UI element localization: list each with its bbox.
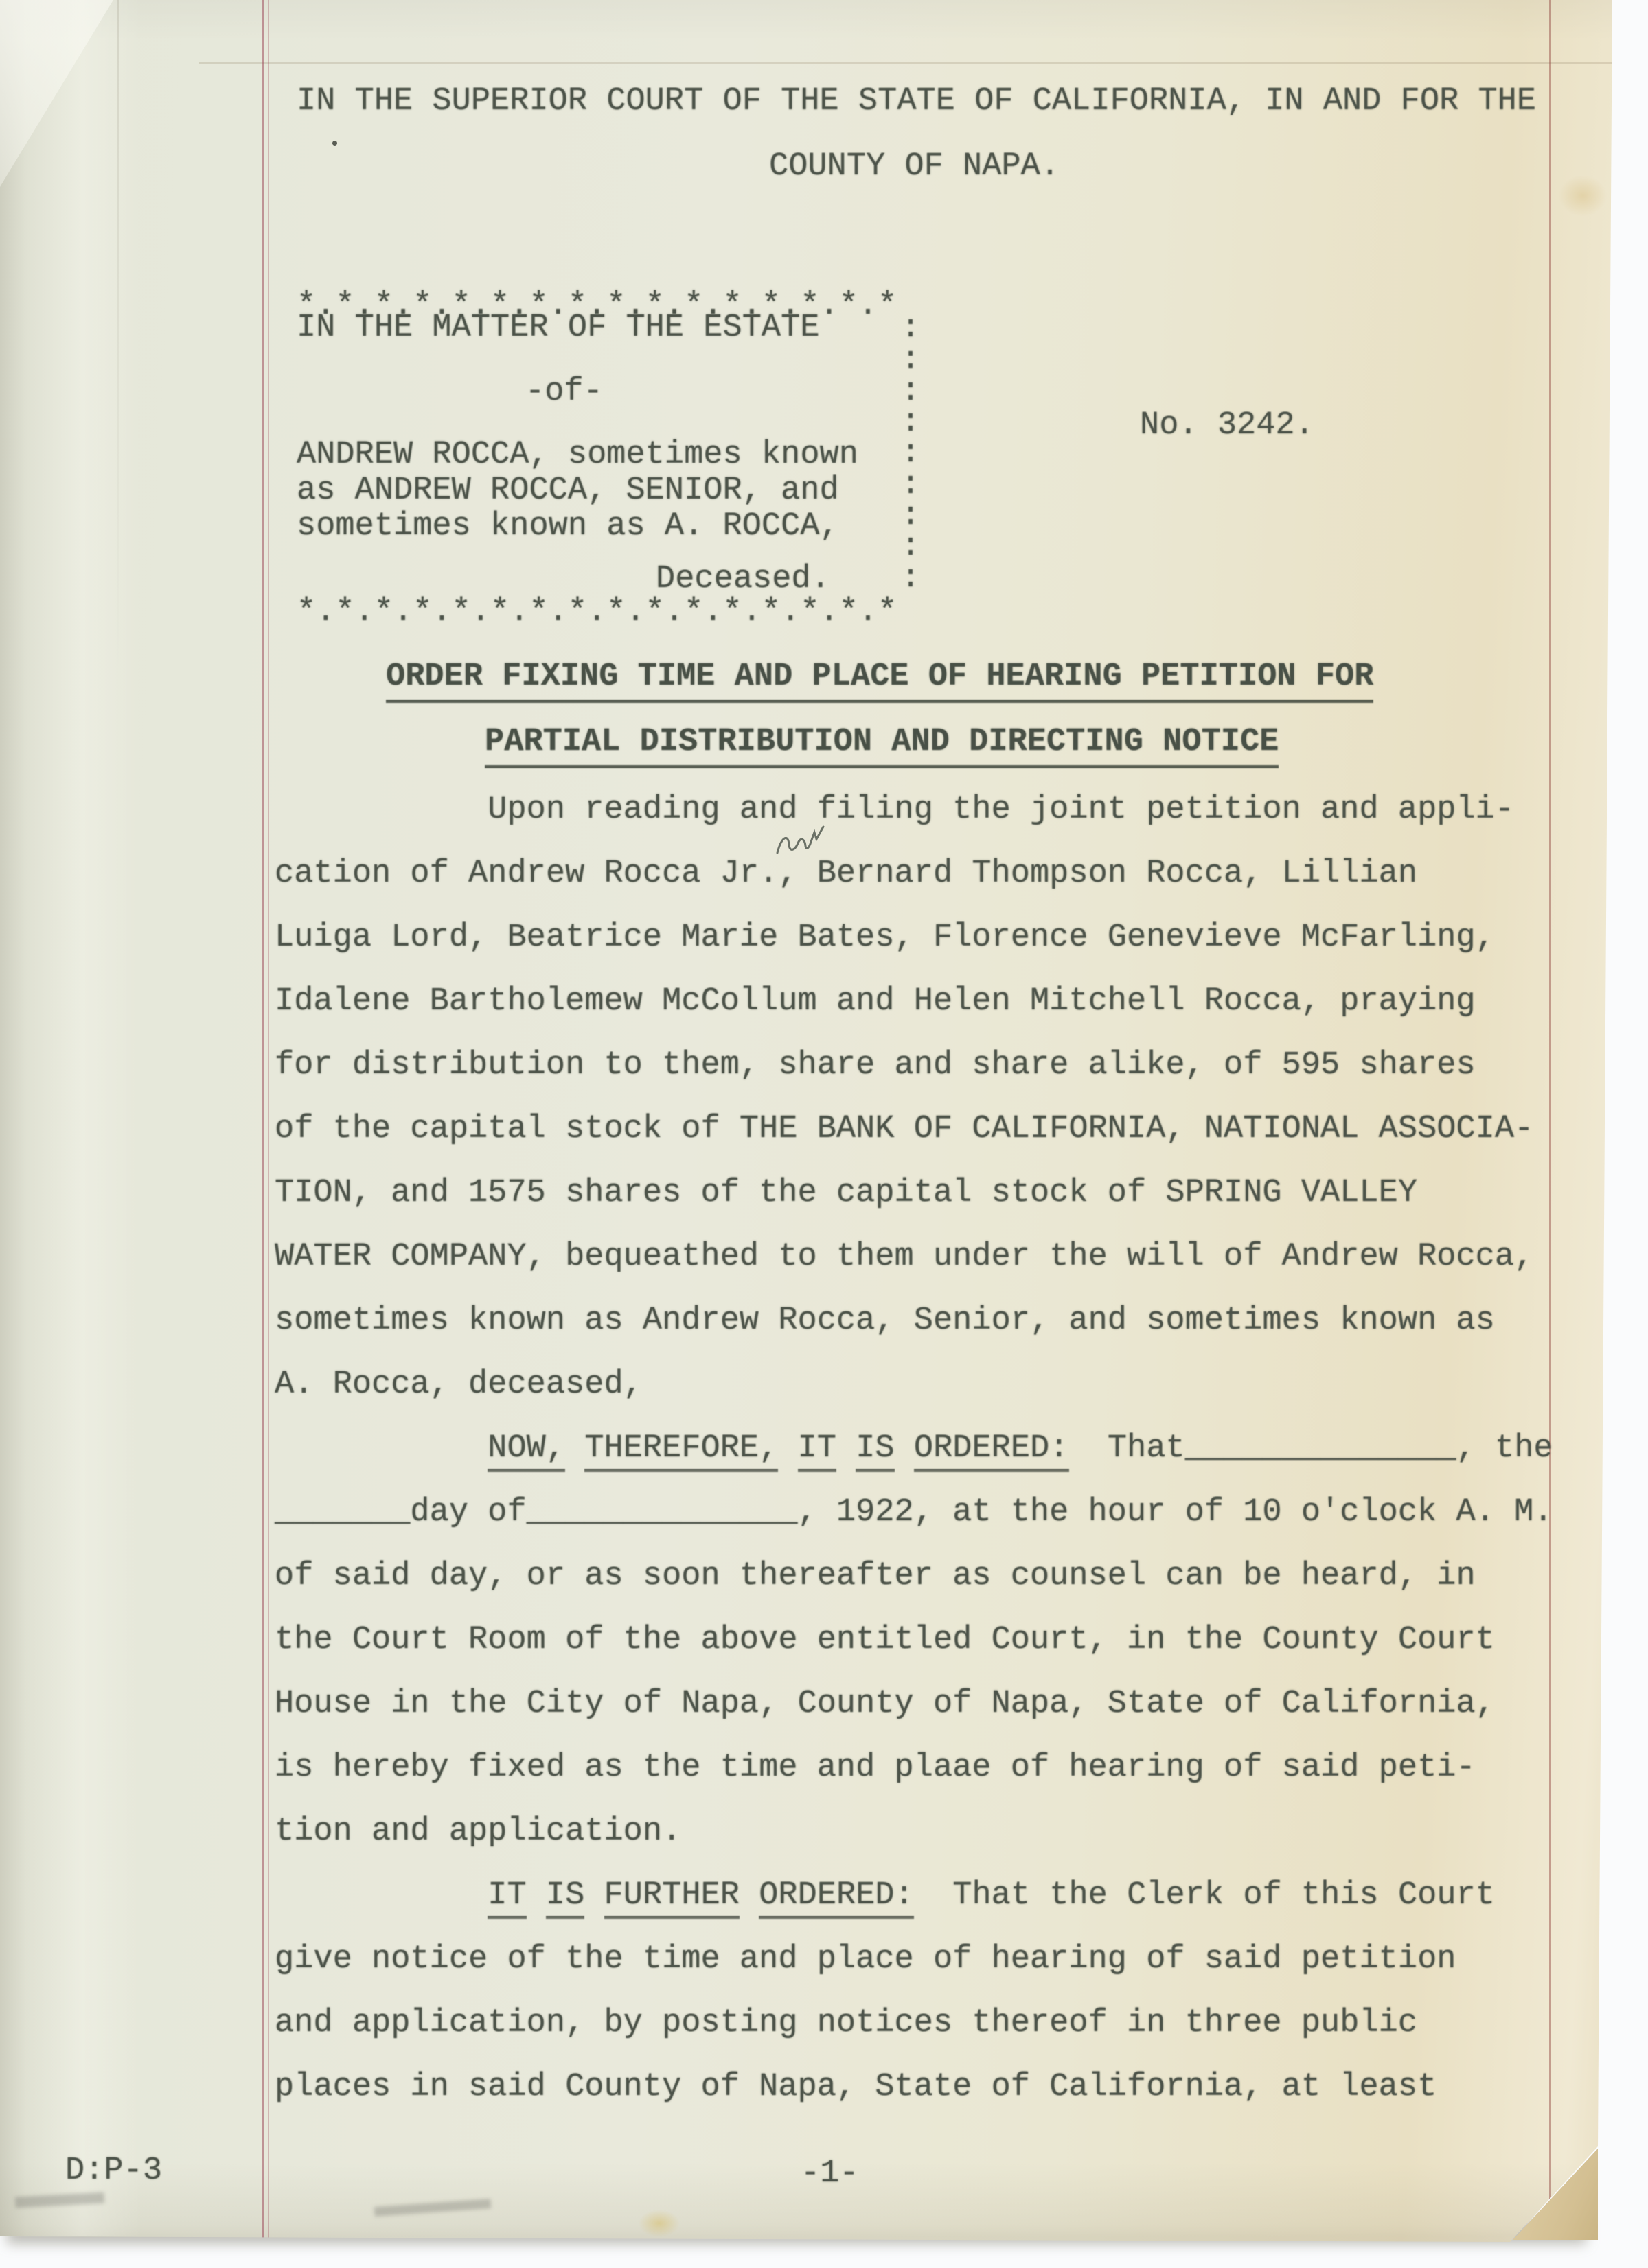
handwritten-annotation-mark [773,823,836,862]
court-header-line1: IN THE SUPERIOR COURT OF THE STATE OF CA… [297,82,1536,121]
footer-page-number: -1- [801,2155,859,2193]
caption-of-line: -of- [525,373,603,411]
document-line: of said day, or as soon thereafter as co… [275,1557,1476,1596]
caption-matter-line: IN THE MATTER OF THE ESTATE [297,309,820,347]
document-line: sometimes known as Andrew Rocca, Senior,… [275,1302,1495,1340]
document-line: give notice of the time and place of hea… [275,1940,1456,1979]
document-line: WATER COMPANY, bequeathed to them under … [275,1238,1533,1276]
document-line: the Court Room of the above entitled Cou… [275,1621,1495,1660]
document-line: _______day of______________, 1922, at th… [275,1493,1553,1532]
horizontal-crease [199,62,1612,64]
left-margin-rule [262,0,264,2242]
right-margin-rule [1549,0,1551,2242]
document-line: TION, and 1575 shares of the capital sto… [275,1174,1417,1213]
caption-border-bottom: *.*.*.*.*.*.*.*.*.*.*.*.*.*.*.* [297,593,897,632]
document-page: IN THE SUPERIOR COURT OF THE STATE OF CA… [0,0,1648,2268]
order-title-line2: PARTIAL DISTRIBUTION AND DIRECTING NOTIC… [485,723,1279,761]
paper-stain [639,2210,680,2237]
document-line: tion and application. [275,1813,681,1851]
order-title-line1-text: ORDER FIXING TIME AND PLACE OF HEARING P… [386,658,1373,703]
vertical-crease [117,0,119,673]
case-number: No. 3242. [1140,406,1314,445]
order-title-line1: ORDER FIXING TIME AND PLACE OF HEARING P… [386,658,1373,696]
document-line-further-ordering-clause: IT IS FURTHER ORDERED: That the Clerk of… [275,1877,1495,1915]
ink-speck [332,141,337,146]
left-margin-rule-inner [268,0,269,2242]
document-line: places in said County of Napa, State of … [275,2068,1437,2107]
court-header-line2: COUNTY OF NAPA. [769,148,1060,186]
document-line: Idalene Bartholemew McCollum and Helen M… [275,983,1476,1021]
caption-name-line2: as ANDREW ROCCA, SENIOR, and [297,472,839,510]
caption-name-line3: sometimes known as A. ROCCA, [297,507,839,546]
document-line-ordering-clause: NOW, THEREFORE, IT IS ORDERED: That_____… [275,1430,1553,1468]
caption-divider-colon: : [901,560,920,597]
document-line: and application, by posting notices ther… [275,2004,1417,2043]
left-edge-shading [0,0,144,2236]
document-line: House in the City of Napa, County of Nap… [275,1685,1495,1723]
document-line: A. Rocca, deceased, [275,1366,643,1404]
document-line: of the capital stock of THE BANK OF CALI… [275,1110,1533,1149]
order-title-line2-text: PARTIAL DISTRIBUTION AND DIRECTING NOTIC… [485,724,1279,768]
document-line: Upon reading and filing the joint petiti… [275,791,1514,829]
caption-name-line1: ANDREW ROCCA, sometimes known [297,436,858,474]
document-line: is hereby fixed as the time and plaae of… [275,1749,1476,1787]
footer-doc-code: D:P-3 [65,2152,162,2190]
paper-stain [1559,175,1607,216]
document-line: cation of Andrew Rocca Jr., Bernard Thom… [275,855,1417,893]
pencil-smudge [374,2199,492,2217]
document-line: Luiga Lord, Beatrice Marie Bates, Floren… [275,919,1495,957]
document-line: for distribution to them, share and shar… [275,1046,1476,1085]
